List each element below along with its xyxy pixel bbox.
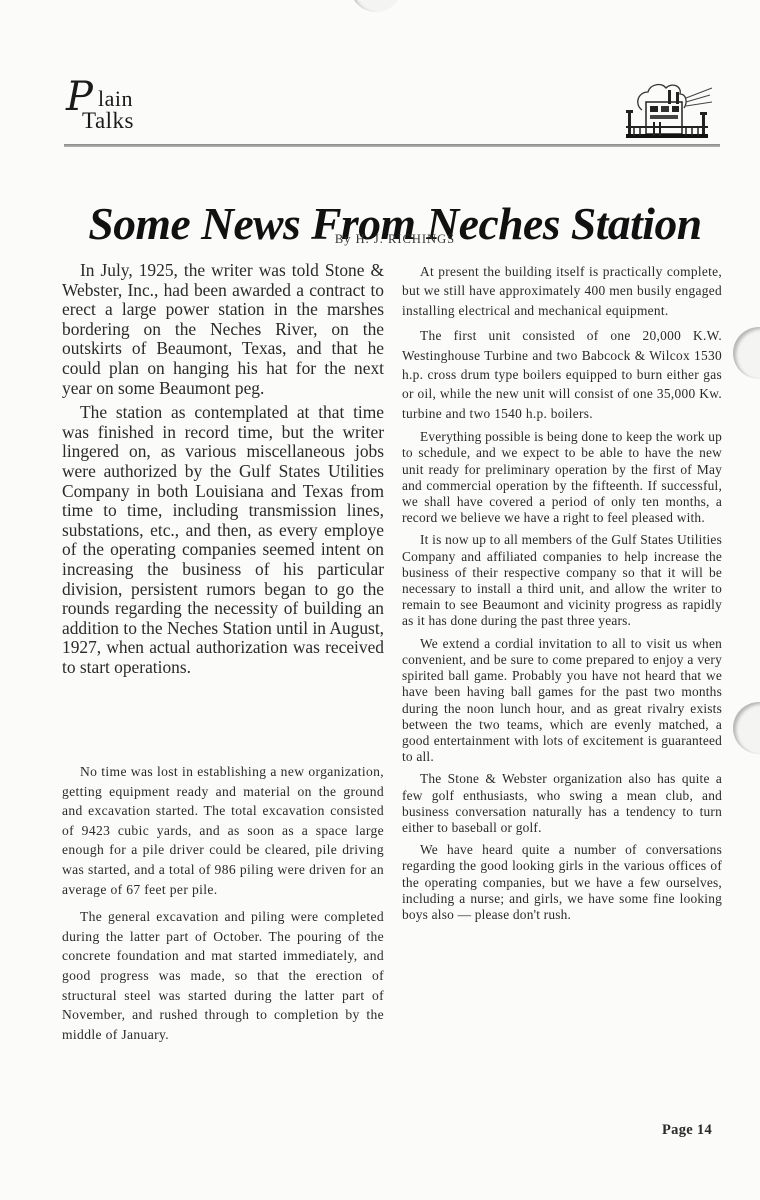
- page-number: Page 14: [662, 1122, 712, 1139]
- punch-hole: [733, 327, 760, 379]
- paragraph: In July, 1925, the writer was told Stone…: [62, 261, 384, 398]
- left-column-intro: In July, 1925, the writer was told Stone…: [62, 261, 384, 682]
- power-station-icon: [624, 80, 724, 142]
- paragraph: The Stone & Webster organization also ha…: [402, 771, 722, 836]
- paragraph: It is now up to all members of the Gulf …: [402, 532, 722, 629]
- paragraph: We have heard quite a number of conversa…: [402, 842, 722, 923]
- article-byline: By H. J. RICHINGS: [0, 232, 760, 247]
- paragraph: The first unit consisted of one 20,000 K…: [402, 326, 722, 423]
- paragraph: The station as contemplated at that time…: [62, 403, 384, 677]
- paragraph: Everything possible is being done to kee…: [402, 429, 722, 526]
- masthead: P lain Talks: [64, 80, 724, 150]
- header-divider: [64, 144, 720, 147]
- punch-hole: [350, 0, 402, 12]
- plain-talks-logo: P lain Talks: [64, 80, 154, 142]
- logo-line-2: Talks: [82, 108, 134, 134]
- paragraph: We extend a cordial invitation to all to…: [402, 636, 722, 766]
- paragraph: At present the building itself is practi…: [402, 262, 722, 320]
- paragraph: No time was lost in establishing a new o…: [62, 762, 384, 899]
- paragraph: The general excavation and piling were c…: [62, 907, 384, 1044]
- punch-hole: [733, 702, 760, 754]
- left-column-body: No time was lost in establishing a new o…: [62, 762, 384, 1052]
- right-column: At present the building itself is practi…: [402, 262, 722, 929]
